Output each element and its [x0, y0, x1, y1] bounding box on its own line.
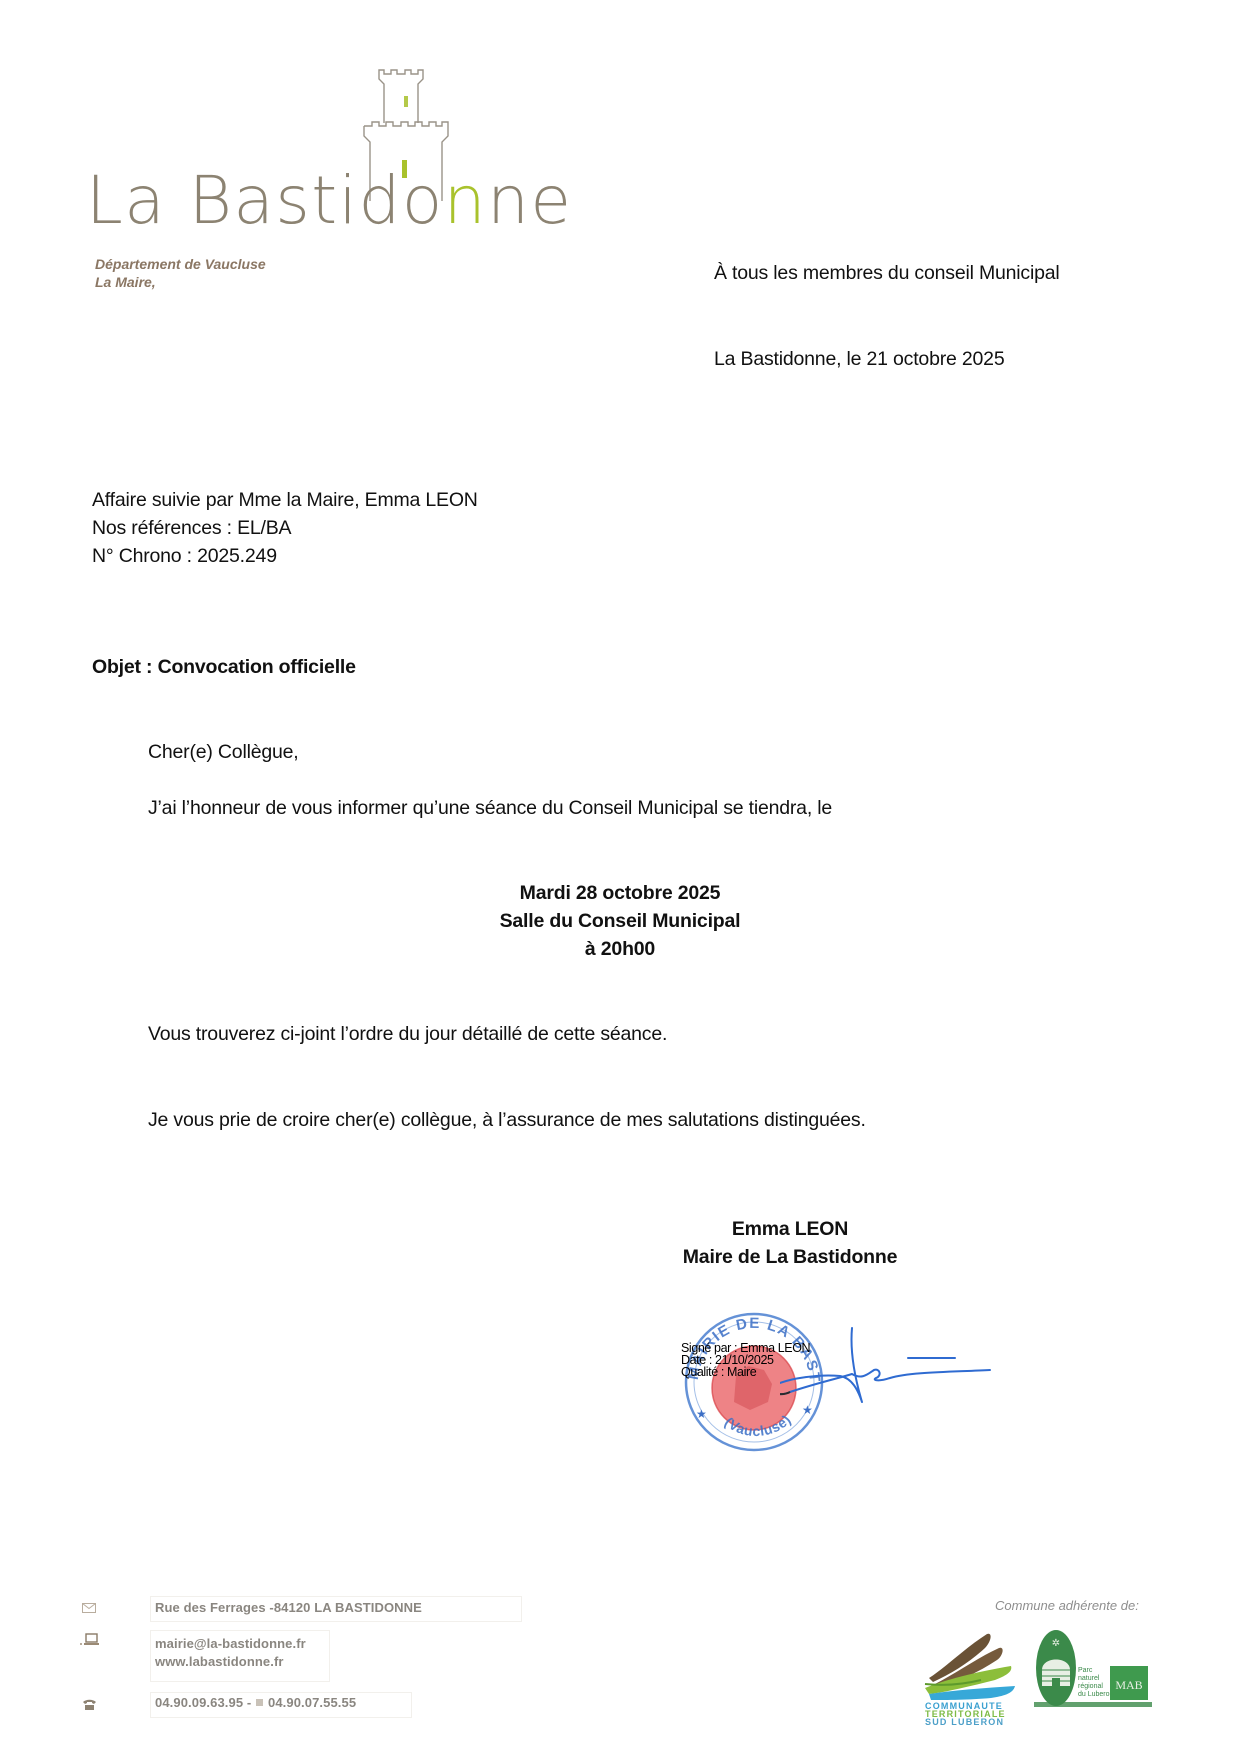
subject-line: Objet : Convocation officielle — [92, 656, 356, 679]
parc-line-4: du Luberon — [1078, 1691, 1114, 1698]
signatory-title: Maire de La Bastidonne — [640, 1246, 940, 1269]
municipality-logo-text: La Bastidonne — [86, 168, 573, 234]
footer-email[interactable]: mairie@la-bastidonne.fr — [155, 1636, 306, 1651]
parc-line-2: naturel — [1078, 1675, 1100, 1682]
parc-line-1: Parc — [1078, 1667, 1093, 1674]
phone-separator: - — [243, 1695, 255, 1710]
svg-text:✲: ✲ — [1052, 1638, 1060, 1649]
handwritten-signature-icon — [780, 1320, 1000, 1420]
chrono-number: N° Chrono : 2025.249 — [92, 545, 277, 568]
closing-formula: Je vous prie de croire cher(e) collègue,… — [148, 1109, 866, 1132]
meeting-date: Mardi 28 octobre 2025 — [420, 882, 820, 905]
logo-text-end: ne — [487, 162, 572, 239]
member-of-label: Commune adhérente de: — [995, 1598, 1139, 1613]
meeting-time: à 20h00 — [420, 938, 820, 961]
signatory-name: Emma LEON — [640, 1218, 940, 1241]
mab-logo-text: MAB — [1115, 1678, 1142, 1692]
recipient-line: À tous les membres du conseil Municipal — [714, 262, 1060, 285]
ctsl-logo-icon: COMMUNAUTE TERRITORIALE SUD LUBERON — [915, 1628, 1015, 1726]
handled-by: Affaire suivie par Mme la Maire, Emma LE… — [92, 489, 478, 512]
meeting-place: Salle du Conseil Municipal — [420, 910, 820, 933]
envelope-icon — [82, 1603, 96, 1613]
fax-icon — [256, 1699, 263, 1706]
logo-text-main: La Bastido — [86, 162, 444, 239]
footer-website[interactable]: www.labastidonne.fr — [155, 1654, 284, 1669]
parc-line-3: régional — [1078, 1683, 1103, 1690]
computer-icon — [80, 1633, 100, 1647]
attachment-note: Vous trouverez ci-joint l’ordre du jour … — [148, 1023, 667, 1046]
place-date: La Bastidonne, le 21 octobre 2025 — [714, 348, 1004, 371]
footer-address: Rue des Ferrages -84120 LA BASTIDONNE — [155, 1600, 422, 1615]
sender-title: La Maire, — [95, 274, 156, 290]
esignature-quality: Qualité : Maire — [681, 1366, 756, 1378]
logo-text-accent: n — [444, 162, 487, 239]
footer-fax: 04.90.07.55.55 — [268, 1695, 356, 1710]
svg-text:★: ★ — [696, 1407, 707, 1421]
parc-luberon-logo-icon: ✲ Parc naturel régional du Luberon MAB — [1030, 1626, 1155, 1726]
footer-phone: 04.90.09.63.95 — [155, 1695, 243, 1710]
telephone-icon — [82, 1699, 97, 1711]
our-references: Nos références : EL/BA — [92, 517, 291, 540]
ctsl-line-3: SUD LUBERON — [925, 1717, 1004, 1726]
department-label: Département de Vaucluse — [95, 256, 266, 272]
intro-paragraph: J’ai l’honneur de vous informer qu’une s… — [148, 797, 832, 820]
footer-phone-line: 04.90.09.63.95 - 04.90.07.55.55 — [155, 1695, 356, 1710]
salutation: Cher(e) Collègue, — [148, 741, 299, 764]
